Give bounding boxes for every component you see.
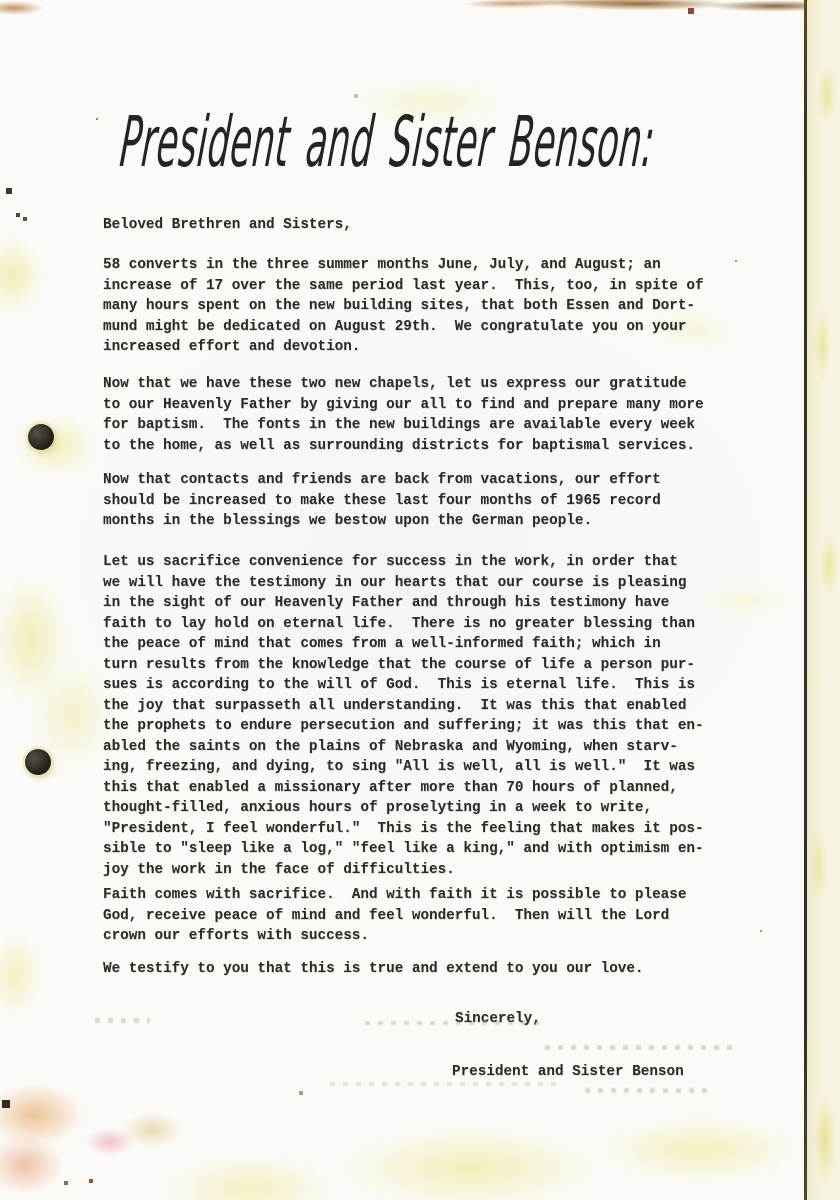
hole-punch-top <box>28 424 54 450</box>
page-edge-strip <box>807 0 840 1200</box>
paragraph-chapels: Now that we have these two new chapels, … <box>103 374 704 456</box>
paragraph-faith: Faith comes with sacrifice. And with fai… <box>103 885 686 947</box>
paragraph-vacations: Now that contacts and friends are back f… <box>103 470 661 532</box>
hole-punch-bottom <box>25 749 51 775</box>
signature-line: President and Sister Benson <box>452 1062 684 1083</box>
page-edge-line <box>804 0 807 1200</box>
bleed-through-marks <box>330 1082 560 1086</box>
salutation: Beloved Brethren and Sisters, <box>103 215 352 236</box>
bleed-through-marks <box>95 1018 150 1023</box>
paragraph-converts: 58 converts in the three summer months J… <box>103 255 704 358</box>
ink-specks <box>0 0 2 2</box>
bleed-through-marks <box>585 1088 715 1093</box>
paragraph-sacrifice: Let us sacrifice convenience for success… <box>103 552 704 880</box>
bleed-through-marks <box>545 1045 740 1050</box>
scanned-letter-page: President and Sister Benson: Beloved Bre… <box>0 0 840 1200</box>
paragraph-testify: We testify to you that this is true and … <box>103 959 644 980</box>
closing: Sincerely, <box>455 1009 541 1030</box>
letter-heading: President and Sister Benson: <box>117 104 658 181</box>
